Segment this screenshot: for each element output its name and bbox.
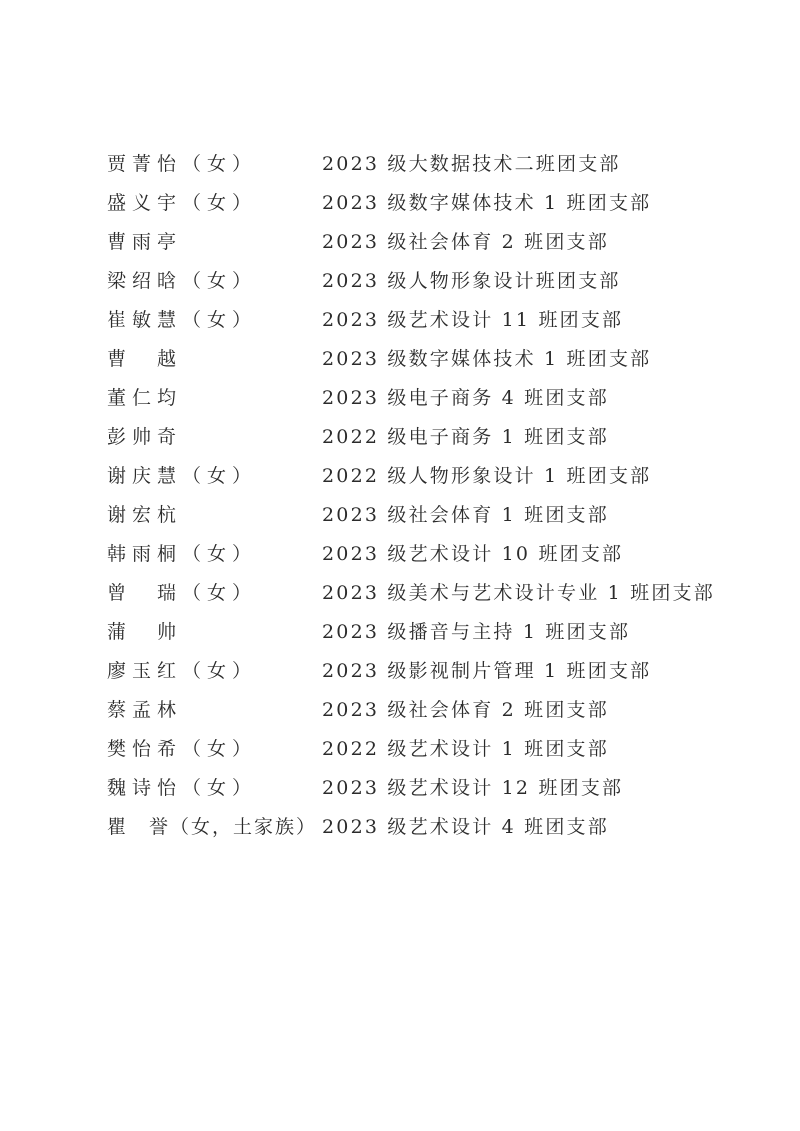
league-branch: 2023 级社会体育 2 班团支部	[322, 228, 609, 257]
list-item: 谢宏杭 2023 级社会体育 1 班团支部	[107, 501, 727, 540]
list-item: 蔡孟林 2023 级社会体育 2 班团支部	[107, 696, 727, 735]
list-item: 魏诗怡（女） 2023 级艺术设计 12 班团支部	[107, 774, 727, 813]
league-branch: 2023 级播音与主持 1 班团支部	[322, 618, 630, 647]
list-item: 曹雨亭 2023 级社会体育 2 班团支部	[107, 228, 727, 267]
league-branch: 2023 级电子商务 4 班团支部	[322, 384, 609, 413]
list-item: 贾菁怡（女） 2023 级大数据技术二班团支部	[107, 150, 727, 189]
league-branch: 2023 级艺术设计 10 班团支部	[322, 540, 623, 569]
list-item: 崔敏慧（女） 2023 级艺术设计 11 班团支部	[107, 306, 727, 345]
league-branch: 2023 级美术与艺术设计专业 1 班团支部	[322, 579, 715, 608]
list-item: 董仁均 2023 级电子商务 4 班团支部	[107, 384, 727, 423]
person-name: 瞿 誉（女，土家族）	[107, 813, 317, 842]
name-list: 贾菁怡（女） 2023 级大数据技术二班团支部 盛义宇（女） 2023 级数字媒…	[107, 150, 727, 852]
league-branch: 2023 级艺术设计 4 班团支部	[322, 813, 609, 842]
league-branch: 2023 级数字媒体技术 1 班团支部	[322, 189, 651, 218]
person-name: 韩雨桐（女）	[107, 540, 257, 569]
league-branch: 2023 级人物形象设计班团支部	[322, 267, 621, 296]
list-item: 谢庆慧（女） 2022 级人物形象设计 1 班团支部	[107, 462, 727, 501]
list-item: 韩雨桐（女） 2023 级艺术设计 10 班团支部	[107, 540, 727, 579]
list-item: 曾 瑞（女） 2023 级美术与艺术设计专业 1 班团支部	[107, 579, 727, 618]
list-item: 蒲 帅 2023 级播音与主持 1 班团支部	[107, 618, 727, 657]
league-branch: 2022 级艺术设计 1 班团支部	[322, 735, 609, 764]
league-branch: 2022 级人物形象设计 1 班团支部	[322, 462, 651, 491]
league-branch: 2023 级大数据技术二班团支部	[322, 150, 621, 179]
list-item: 彭帅奇 2022 级电子商务 1 班团支部	[107, 423, 727, 462]
person-name: 谢宏杭	[107, 501, 182, 530]
league-branch: 2022 级电子商务 1 班团支部	[322, 423, 609, 452]
person-name: 蔡孟林	[107, 696, 182, 725]
list-item: 樊怡希（女） 2022 级艺术设计 1 班团支部	[107, 735, 727, 774]
person-name: 魏诗怡（女）	[107, 774, 257, 803]
person-name: 盛义宇（女）	[107, 189, 257, 218]
person-name: 樊怡希（女）	[107, 735, 257, 764]
person-name: 曹雨亭	[107, 228, 182, 257]
league-branch: 2023 级社会体育 1 班团支部	[322, 501, 609, 530]
league-branch: 2023 级影视制片管理 1 班团支部	[322, 657, 651, 686]
league-branch: 2023 级社会体育 2 班团支部	[322, 696, 609, 725]
person-name: 谢庆慧（女）	[107, 462, 257, 491]
league-branch: 2023 级艺术设计 11 班团支部	[322, 306, 623, 335]
list-item: 梁绍晗（女） 2023 级人物形象设计班团支部	[107, 267, 727, 306]
person-name: 董仁均	[107, 384, 182, 413]
person-name: 曾 瑞（女）	[107, 579, 257, 608]
league-branch: 2023 级艺术设计 12 班团支部	[322, 774, 623, 803]
document-page: 贾菁怡（女） 2023 级大数据技术二班团支部 盛义宇（女） 2023 级数字媒…	[0, 0, 800, 1131]
list-item: 瞿 誉（女，土家族） 2023 级艺术设计 4 班团支部	[107, 813, 727, 852]
person-name: 崔敏慧（女）	[107, 306, 257, 335]
person-name: 蒲 帅	[107, 618, 182, 647]
league-branch: 2023 级数字媒体技术 1 班团支部	[322, 345, 651, 374]
person-name: 廖玉红（女）	[107, 657, 257, 686]
person-name: 曹 越	[107, 345, 182, 374]
person-name: 贾菁怡（女）	[107, 150, 257, 179]
person-name: 彭帅奇	[107, 423, 182, 452]
list-item: 盛义宇（女） 2023 级数字媒体技术 1 班团支部	[107, 189, 727, 228]
list-item: 廖玉红（女） 2023 级影视制片管理 1 班团支部	[107, 657, 727, 696]
person-name: 梁绍晗（女）	[107, 267, 257, 296]
list-item: 曹 越 2023 级数字媒体技术 1 班团支部	[107, 345, 727, 384]
